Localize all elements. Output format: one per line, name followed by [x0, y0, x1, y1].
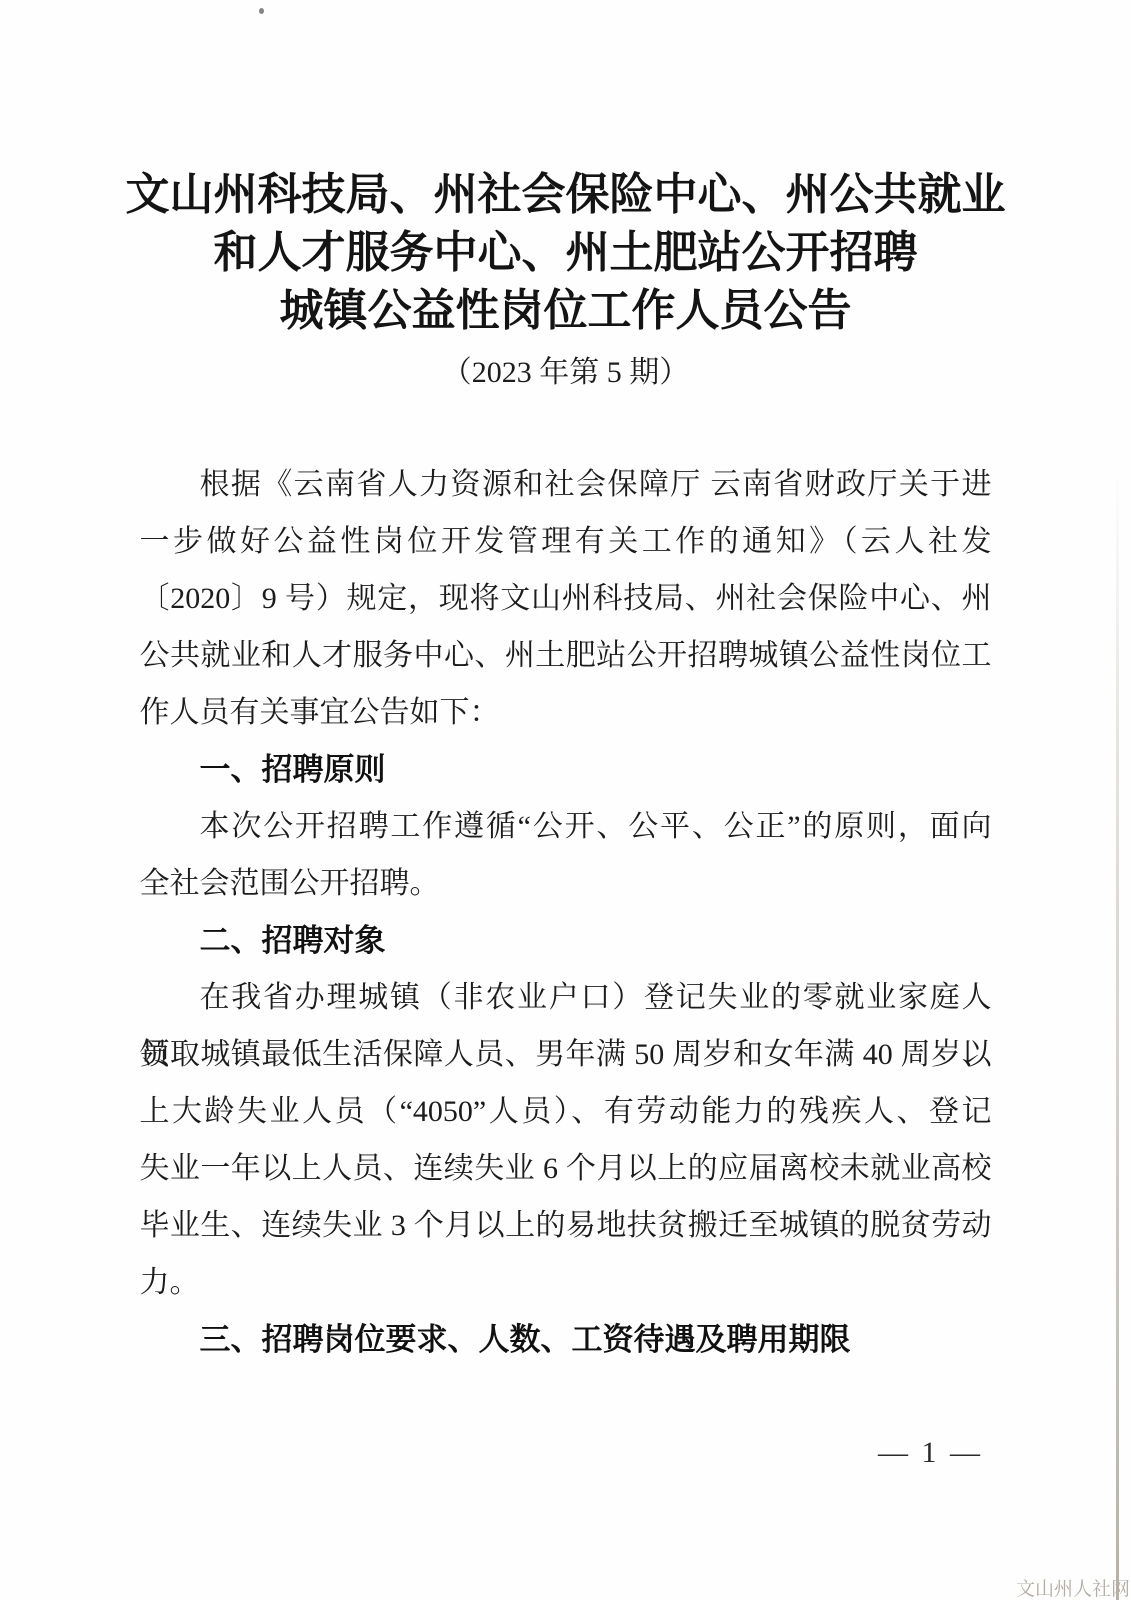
body-line: 上大龄失业人员（“4050”人员）、有劳动能力的残疾人、登记	[140, 1083, 992, 1140]
section-heading: 三、招聘岗位要求、人数、工资待遇及聘用期限	[140, 1311, 992, 1368]
body-line: 毕业生、连续失业 3 个月以上的易地扶贫搬迁至城镇的脱贫劳动	[140, 1197, 992, 1254]
title-line-1: 文山州科技局、州社会保险中心、州公共就业	[0, 166, 1131, 224]
document-body: 根据《云南省人力资源和社会保障厅 云南省财政厅关于进一步做好公益性岗位开发管理有…	[140, 456, 992, 1368]
body-line: 失业一年以上人员、连续失业 6 个月以上的应届离校未就业高校	[140, 1140, 992, 1197]
body-line: 全社会范围公开招聘。	[140, 855, 992, 912]
document-page: 文山州科技局、州社会保险中心、州公共就业 和人才服务中心、州土肥站公开招聘 城镇…	[0, 0, 1131, 1600]
body-line: 本次公开招聘工作遵循“公开、公平、公正”的原则，面向	[140, 798, 992, 855]
body-line: 领取城镇最低生活保障人员、男年满 50 周岁和女年满 40 周岁以	[140, 1026, 992, 1083]
title-line-3: 城镇公益性岗位工作人员公告	[0, 282, 1131, 340]
body-line: 〔2020〕9 号）规定，现将文山州科技局、州社会保险中心、州	[140, 570, 992, 627]
section-heading: 二、招聘对象	[140, 912, 992, 969]
body-line: 一步做好公益性岗位开发管理有关工作的通知》（云人社发	[140, 513, 992, 570]
body-line: 作人员有关事宜公告如下：	[140, 684, 992, 741]
page-number: — 1 —	[878, 1436, 983, 1470]
scan-speck-artifact	[259, 8, 264, 14]
document-title: 文山州科技局、州社会保险中心、州公共就业 和人才服务中心、州土肥站公开招聘 城镇…	[0, 0, 1131, 340]
issue-number: （2023 年第 5 期）	[0, 354, 1131, 392]
body-line: 根据《云南省人力资源和社会保障厅 云南省财政厅关于进	[140, 456, 992, 513]
section-heading: 一、招聘原则	[140, 741, 992, 798]
title-line-2: 和人才服务中心、州土肥站公开招聘	[0, 224, 1131, 282]
scan-edge-artifact-line	[1116, 470, 1119, 1600]
body-line: 在我省办理城镇（非农业户口）登记失业的零就业家庭人员、	[140, 969, 992, 1026]
body-line: 力。	[140, 1254, 992, 1311]
body-line: 公共就业和人才服务中心、州土肥站公开招聘城镇公益性岗位工	[140, 627, 992, 684]
site-watermark: 文山州人社网	[1016, 1574, 1130, 1600]
